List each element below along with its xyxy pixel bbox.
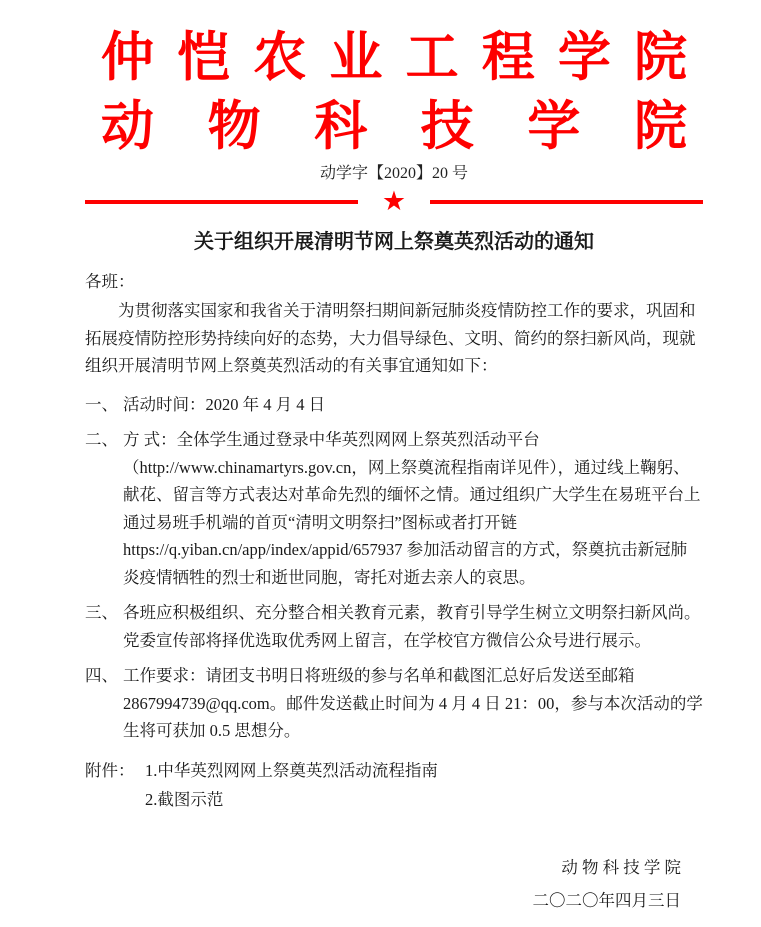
item-3-label: 三、 bbox=[85, 599, 123, 654]
letterhead: 仲恺农业工程学院 动物科技学院 动学字【2020】20 号 ★ bbox=[85, 28, 703, 214]
attachments: 附件： 1.中华英烈网网上祭奠英烈活动流程指南 2.截图示范 bbox=[85, 757, 703, 814]
signature-block: 动 物 科 技 学 院 二〇二〇年四月三日 bbox=[85, 854, 703, 915]
doc-number: 动学字【2020】20 号 bbox=[85, 164, 703, 184]
notice-item-1: 一、 活动时间：2020 年 4 月 4 日 bbox=[85, 391, 703, 419]
star-icon: ★ bbox=[382, 188, 406, 215]
item-4-line-1: 工作要求：请团支书明日将班级的参与名单和截图汇总好后发送至邮箱286799473… bbox=[123, 662, 703, 745]
divider-line-left bbox=[85, 200, 358, 204]
item-3-text: 各班应积极组织、充分整合相关教育元素，教育引导学生树立文明祭扫新风尚。党委宣传部… bbox=[123, 599, 703, 654]
intro-paragraph: 为贯彻落实国家和我省关于清明祭扫期间新冠肺炎疫情防控工作的要求，巩固和拓展疫情防… bbox=[85, 297, 703, 380]
item-2-text: 方 式：全体学生通过登录中华英烈网网上祭英烈活动平台 （http://www.c… bbox=[123, 426, 703, 591]
item-3-line-1: 各班应积极组织、充分整合相关教育元素，教育引导学生树立文明祭扫新风尚。党委宣传部… bbox=[123, 599, 703, 654]
letterhead-org-line-1: 仲恺农业工程学院 bbox=[101, 28, 687, 89]
notice-item-2: 二、 方 式：全体学生通过登录中华英烈网网上祭英烈活动平台 （http://ww… bbox=[85, 426, 703, 591]
item-2-line-2: （http://www.chinamartyrs.gov.cn，网上祭奠流程指南… bbox=[123, 454, 703, 537]
letterhead-org-line-2: 动物科技学院 bbox=[101, 97, 687, 158]
item-1-line-1: 活动时间：2020 年 4 月 4 日 bbox=[123, 391, 703, 419]
signature-date: 二〇二〇年四月三日 bbox=[85, 887, 681, 915]
item-2-line-1: 方 式：全体学生通过登录中华英烈网网上祭英烈活动平台 bbox=[123, 426, 703, 454]
document-page: 仲恺农业工程学院 动物科技学院 动学字【2020】20 号 ★ 关于组织开展清明… bbox=[0, 0, 761, 927]
attachment-line-2: 2.截图示范 bbox=[145, 786, 703, 814]
attachments-list: 1.中华英烈网网上祭奠英烈活动流程指南 2.截图示范 bbox=[145, 757, 703, 814]
item-1-text: 活动时间：2020 年 4 月 4 日 bbox=[123, 391, 703, 419]
attachment-line-1: 1.中华英烈网网上祭奠英烈活动流程指南 bbox=[145, 757, 703, 785]
attachments-label: 附件： bbox=[85, 757, 145, 814]
signature-org: 动 物 科 技 学 院 bbox=[85, 854, 681, 882]
notice-item-4: 四、 工作要求：请团支书明日将班级的参与名单和截图汇总好后发送至邮箱286799… bbox=[85, 662, 703, 745]
item-1-label: 一、 bbox=[85, 391, 123, 419]
red-divider: ★ bbox=[85, 190, 703, 214]
notice-title: 关于组织开展清明节网上祭奠英烈活动的通知 bbox=[85, 228, 703, 256]
item-4-label: 四、 bbox=[85, 662, 123, 745]
item-2-label: 二、 bbox=[85, 426, 123, 591]
notice-item-3: 三、 各班应积极组织、充分整合相关教育元素，教育引导学生树立文明祭扫新风尚。党委… bbox=[85, 599, 703, 654]
item-2-line-3: https://q.yiban.cn/app/index/appid/65793… bbox=[123, 536, 703, 591]
item-4-text: 工作要求：请团支书明日将班级的参与名单和截图汇总好后发送至邮箱286799473… bbox=[123, 662, 703, 745]
divider-line-right bbox=[430, 200, 703, 204]
salutation: 各班： bbox=[85, 268, 703, 296]
